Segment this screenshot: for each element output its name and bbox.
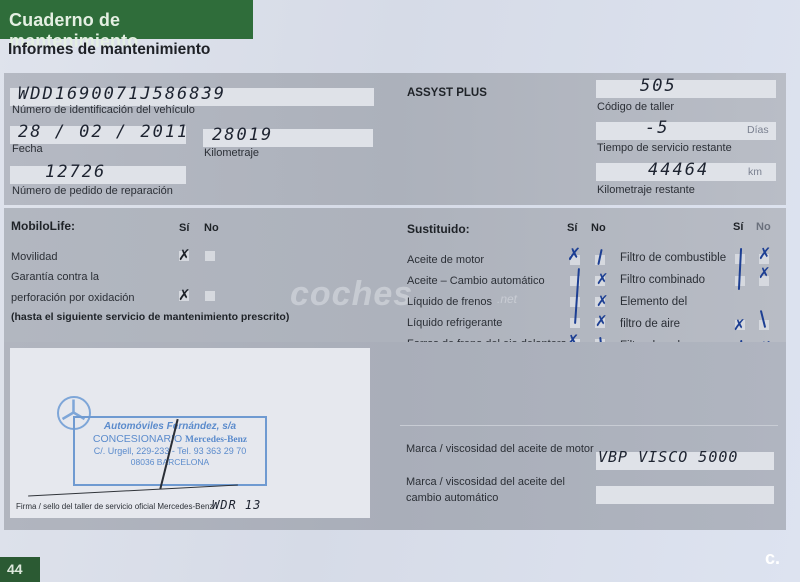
replaced-col-yes: Sí — [567, 222, 577, 234]
section-header-band: Cuaderno de mantenimiento — [0, 0, 253, 39]
mobility-no-checkbox[interactable] — [205, 251, 215, 261]
handwritten-x-icon: ✗ — [595, 314, 608, 329]
replaced-item-label: Filtro combinado — [620, 274, 705, 286]
mileage-value: 28019 — [212, 125, 273, 145]
mobilolife-title: MobiloLife: — [11, 219, 75, 233]
workshop-code-value: 505 — [640, 76, 677, 96]
page-number: 44 — [7, 561, 23, 577]
time-remaining-label: Tiempo de servicio restante — [597, 142, 732, 154]
page-number-badge: 44 — [0, 557, 40, 582]
signature-label: Firma / sello del taller de servicio ofi… — [16, 502, 213, 511]
handwritten-x-icon: ✗ — [596, 294, 609, 309]
vin-value: WDD1690071J586839 — [18, 84, 226, 104]
transmission-oil-brand-field[interactable] — [596, 486, 774, 504]
replaced-col-no-right: No — [756, 221, 771, 233]
watermark-suffix: .net — [497, 292, 517, 306]
mobilolife-item-label: perforación por oxidación — [11, 292, 135, 304]
corner-logo: c. — [765, 548, 780, 569]
km-unit: km — [748, 166, 762, 178]
repair-order-label: Número de pedido de reparación — [12, 185, 173, 197]
checkmark-x-icon: ✗ — [178, 288, 191, 303]
repair-order-value: 12726 — [45, 162, 106, 182]
signature-initials: WDR 13 — [212, 498, 261, 512]
replaced-item-label: Líquido de frenos — [407, 296, 492, 308]
time-remaining-value: -5 — [645, 118, 669, 138]
replaced-item-label: Elemento del — [620, 296, 687, 308]
replaced-col-no: No — [591, 222, 606, 234]
mobilolife-note: (hasta el siguiente servicio de mantenim… — [11, 311, 289, 323]
replaced-item-label: Aceite de motor — [407, 254, 484, 266]
mobilolife-col-yes: Sí — [179, 222, 189, 234]
replaced-item-label: Líquido refrigerante — [407, 317, 502, 329]
date-value: 28 / 02 / 2011 — [18, 122, 189, 142]
mobilolife-item-label: Movilidad — [11, 251, 57, 263]
days-unit: Días — [747, 124, 769, 136]
stamp-concesionario: CONCESIONARIO — [93, 433, 182, 445]
transmission-oil-brand-label-2: cambio automático — [406, 492, 498, 504]
engine-oil-brand-label: Marca / viscosidad del aceite de motor — [406, 443, 594, 455]
transmission-oil-brand-label-1: Marca / viscosidad del aceite del — [406, 476, 565, 488]
assyst-plus-title: ASSYST PLUS — [407, 87, 487, 99]
replaced-col-yes-right: Sí — [733, 221, 743, 233]
km-remaining-label: Kilometraje restante — [597, 184, 695, 196]
checkmark-x-icon: ✗ — [178, 248, 191, 263]
workshop-code-field[interactable] — [596, 80, 776, 98]
replaced-title: Sustituido: — [407, 222, 470, 236]
replaced-item-label: filtro de aire — [620, 318, 680, 330]
replaced-item-label: Filtro de combustible — [620, 252, 726, 264]
mobilolife-item-label: Garantía contra la — [11, 271, 99, 283]
workshop-code-label: Código de taller — [597, 101, 674, 113]
stamp-brand: Mercedes-Benz — [185, 435, 247, 445]
handwritten-x-icon: ✗ — [758, 246, 771, 262]
vin-label: Número de identificación del vehículo — [12, 104, 195, 116]
page-subtitle: Informes de mantenimiento — [8, 41, 210, 59]
handwritten-x-icon: ✗ — [758, 266, 771, 281]
replaced-item-label: Aceite – Cambio automático — [407, 275, 545, 287]
handwritten-x-icon: ✗ — [733, 318, 746, 333]
corrosion-no-checkbox[interactable] — [205, 291, 215, 301]
mileage-label: Kilometraje — [204, 147, 259, 159]
date-label: Fecha — [12, 143, 43, 155]
section-divider — [400, 425, 778, 426]
stamp-dealer-name: Automóviles Fernández, s/a — [75, 421, 265, 432]
watermark: coches — [290, 275, 413, 314]
engine-oil-brand-value: VBP VISCO 5000 — [598, 448, 738, 466]
stamp-city: 08036 BARCELONA — [75, 457, 265, 467]
mobilolife-col-no: No — [204, 222, 219, 234]
handwritten-x-icon: ✗ — [567, 247, 581, 264]
km-remaining-value: 44464 — [648, 160, 709, 180]
handwritten-x-icon: ✗ — [596, 272, 609, 287]
